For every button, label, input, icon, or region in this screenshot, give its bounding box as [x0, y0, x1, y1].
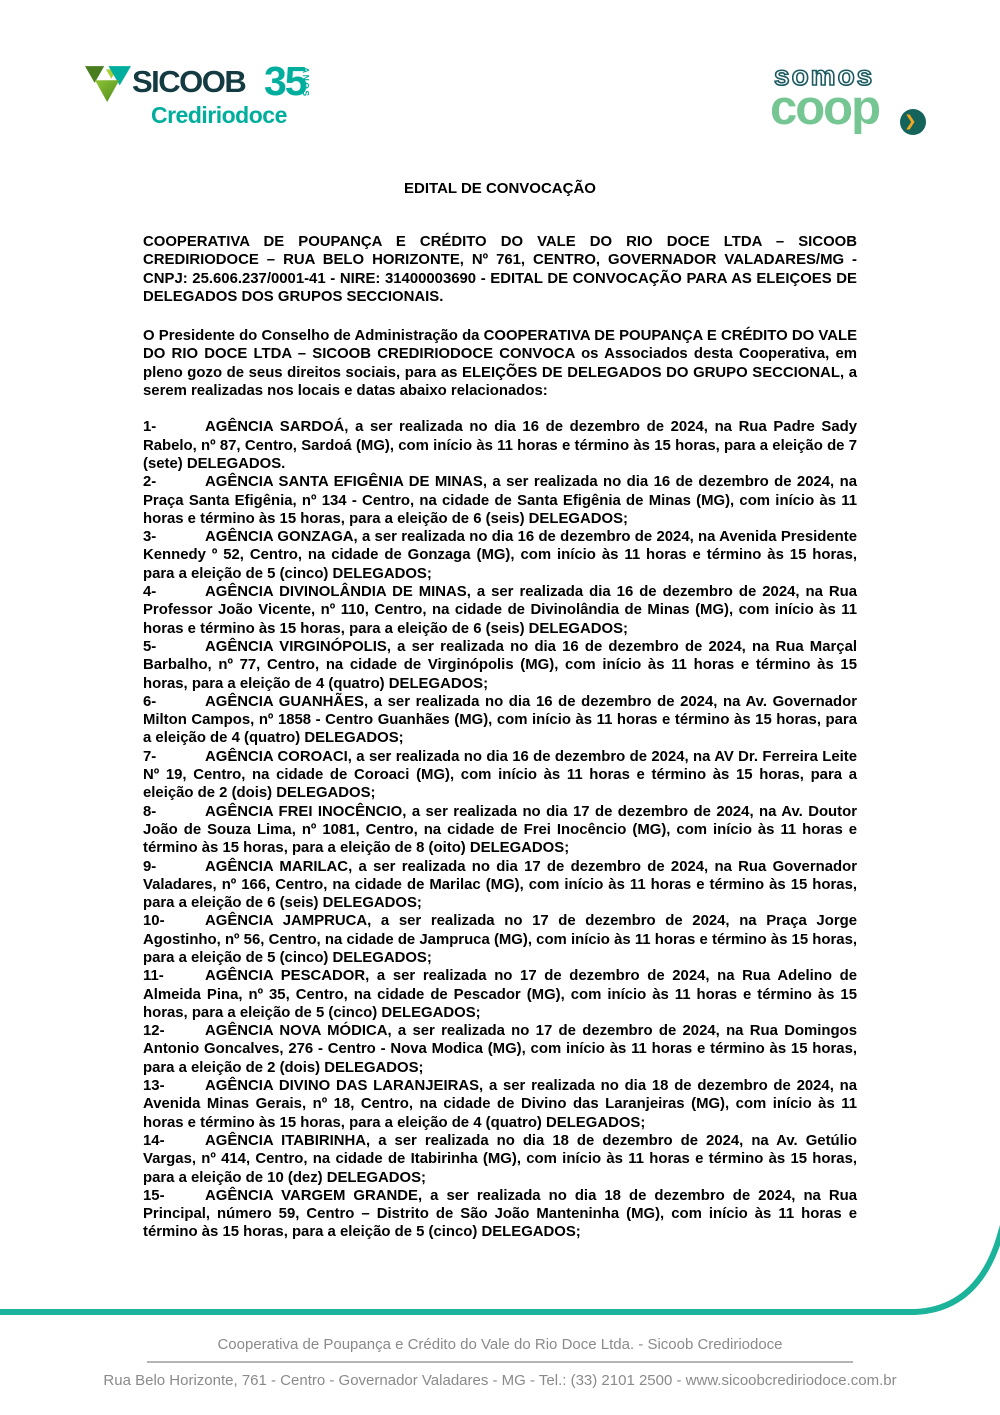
item-text: AGÊNCIA JAMPRUCA, a ser realizada no 17 …: [143, 913, 857, 966]
item-text: AGÊNCIA PESCADOR, a ser realizada no 17 …: [143, 968, 857, 1021]
intro-paragraph-2: O Presidente do Conselho de Administraçã…: [143, 327, 857, 400]
item-number: 9-: [143, 858, 205, 876]
list-item-7: 7-AGÊNCIA COROACI, a ser realizada no di…: [143, 748, 857, 803]
item-number: 13-: [143, 1077, 205, 1095]
list-item-10: 10-AGÊNCIA JAMPRUCA, a ser realizada no …: [143, 912, 857, 967]
item-text: AGÊNCIA FREI INOCÊNCIO, a ser realizada …: [143, 804, 857, 857]
item-text: AGÊNCIA GUANHÃES, a ser realizada no dia…: [143, 694, 857, 747]
footer: Cooperativa de Poupança e Crédito do Val…: [0, 1336, 1000, 1389]
item-text: AGÊNCIA SARDOÁ, a ser realizada no dia 1…: [143, 419, 857, 472]
list-item-8: 8-AGÊNCIA FREI INOCÊNCIO, a ser realizad…: [143, 803, 857, 858]
item-text: AGÊNCIA DIVINOLÂNDIA DE MINAS, a ser rea…: [143, 584, 857, 637]
footer-coop-name: Cooperativa de Poupança e Crédito do Val…: [0, 1336, 1000, 1353]
coop-chevron-badge-icon: ❯: [900, 109, 926, 135]
list-item-5: 5-AGÊNCIA VIRGINÓPOLIS, a ser realizada …: [143, 638, 857, 693]
list-item-12: 12-AGÊNCIA NOVA MÓDICA, a ser realizada …: [143, 1022, 857, 1077]
page-title: EDITAL DE CONVOCAÇÃO: [143, 180, 857, 198]
item-number: 1-: [143, 418, 205, 436]
item-text: AGÊNCIA MARILAC, a ser realizada no dia …: [143, 859, 857, 912]
item-number: 10-: [143, 912, 205, 930]
item-number: 6-: [143, 693, 205, 711]
item-number: 14-: [143, 1132, 205, 1150]
list-item-11: 11-AGÊNCIA PESCADOR, a ser realizada no …: [143, 967, 857, 1022]
item-text: AGÊNCIA DIVINO DAS LARANJEIRAS, a ser re…: [143, 1078, 857, 1131]
item-text: AGÊNCIA VARGEM GRANDE, a ser realizada n…: [143, 1188, 857, 1241]
list-item-2: 2-AGÊNCIA SANTA EFIGÊNIA DE MINAS, a ser…: [143, 473, 857, 528]
item-text: AGÊNCIA VIRGINÓPOLIS, a ser realizada no…: [143, 639, 857, 692]
agency-list: 1-AGÊNCIA SARDOÁ, a ser realizada no dia…: [143, 418, 857, 1241]
list-item-9: 9-AGÊNCIA MARILAC, a ser realizada no di…: [143, 858, 857, 913]
item-number: 12-: [143, 1022, 205, 1040]
list-item-3: 3-AGÊNCIA GONZAGA, a ser realizada no di…: [143, 528, 857, 583]
item-number: 5-: [143, 638, 205, 656]
item-number: 4-: [143, 583, 205, 601]
item-number: 8-: [143, 803, 205, 821]
chevron-right-icon: ❯: [904, 112, 917, 130]
footer-divider: [147, 1361, 853, 1363]
item-text: AGÊNCIA GONZAGA, a ser realizada no dia …: [143, 529, 857, 582]
list-item-6: 6-AGÊNCIA GUANHÃES, a ser realizada no d…: [143, 693, 857, 748]
list-item-4: 4-AGÊNCIA DIVINOLÂNDIA DE MINAS, a ser r…: [143, 583, 857, 638]
list-item-13: 13-AGÊNCIA DIVINO DAS LARANJEIRAS, a ser…: [143, 1077, 857, 1132]
item-number: 7-: [143, 748, 205, 766]
sicoob-triangle-mark-icon: [85, 66, 131, 108]
footer-address: Rua Belo Horizonte, 761 - Centro - Gover…: [0, 1372, 1000, 1389]
item-text: AGÊNCIA ITABIRINHA, a ser realizada no d…: [143, 1133, 857, 1186]
item-text: AGÊNCIA NOVA MÓDICA, a ser realizada no …: [143, 1023, 857, 1076]
list-item-15: 15-AGÊNCIA VARGEM GRANDE, a ser realizad…: [143, 1187, 857, 1242]
item-text: AGÊNCIA SANTA EFIGÊNIA DE MINAS, a ser r…: [143, 474, 857, 527]
intro-paragraph-1: COOPERATIVA DE POUPANÇA E CRÉDITO DO VAL…: [143, 233, 857, 306]
document-content: EDITAL DE CONVOCAÇÃO COOPERATIVA DE POUP…: [143, 0, 857, 1242]
list-item-1: 1-AGÊNCIA SARDOÁ, a ser realizada no dia…: [143, 418, 857, 473]
list-item-14: 14-AGÊNCIA ITABIRINHA, a ser realizada n…: [143, 1132, 857, 1187]
item-number: 11-: [143, 967, 205, 985]
item-number: 3-: [143, 528, 205, 546]
item-text: AGÊNCIA COROACI, a ser realizada no dia …: [143, 749, 857, 802]
item-number: 2-: [143, 473, 205, 491]
document-page: SICOOB 35 ANOS Crediriodoce somos coop ❯…: [0, 0, 1000, 1415]
item-number: 15-: [143, 1187, 205, 1205]
